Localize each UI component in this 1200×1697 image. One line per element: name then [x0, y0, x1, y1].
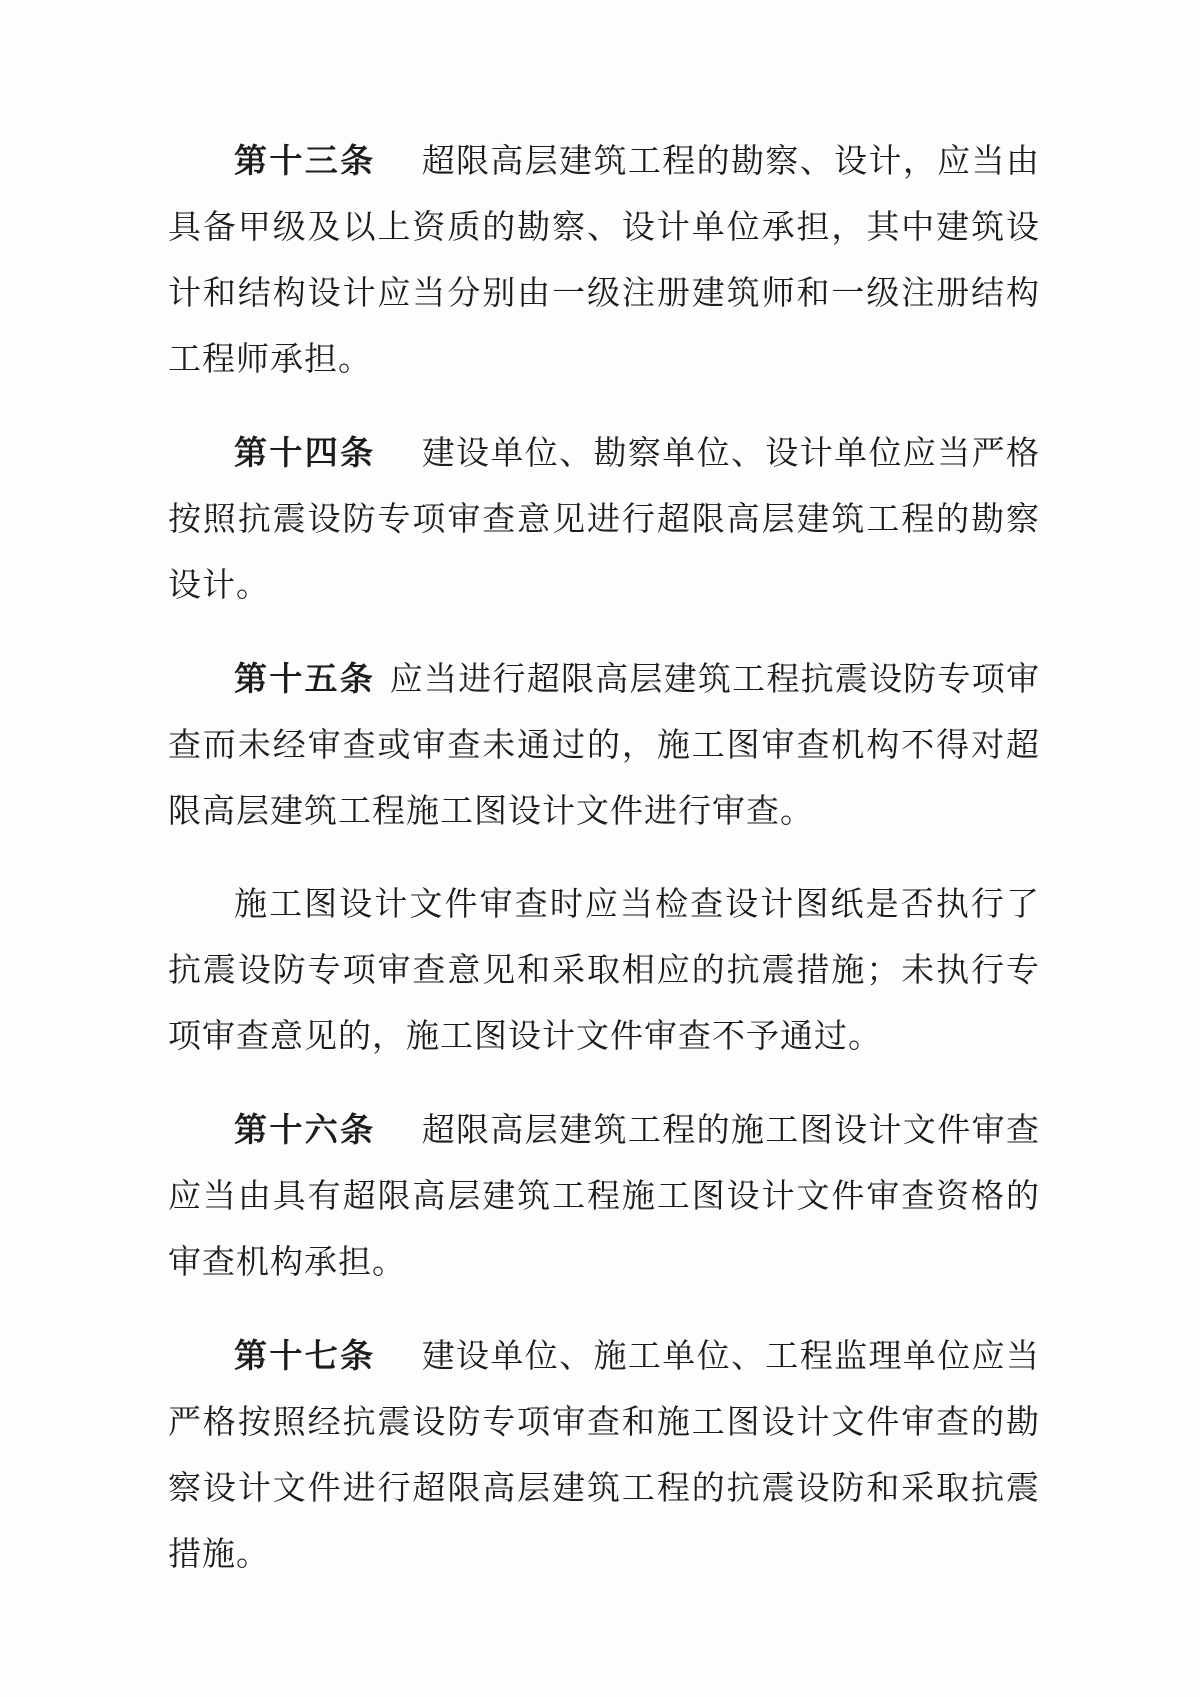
article-15-number: 第十五条 [234, 660, 375, 697]
article-13-text: 超限高层建筑工程的勘察、设计，应当由具备甲级及以上资质的勘察、设计单位承担，其中… [168, 144, 1040, 378]
article-16-number: 第十六条 [234, 1111, 376, 1148]
article-17-paragraph: 第十七条建设单位、施工单位、工程监理单位应当严格按照经抗震设防专项审查和施工图设… [168, 1323, 1040, 1588]
article-15-paragraph: 第十五条应当进行超限高层建筑工程抗震设防专项审查而未经审查或审查未通过的，施工图… [168, 646, 1040, 845]
article-17-text: 建设单位、施工单位、工程监理单位应当严格按照经抗震设防专项审查和施工图设计文件审… [168, 1339, 1040, 1573]
article-15-continuation-text: 施工图设计文件审查时应当检查设计图纸是否执行了抗震设防专项审查意见和采取相应的抗… [168, 887, 1040, 1055]
article-16-paragraph: 第十六条超限高层建筑工程的施工图设计文件审查应当由具有超限高层建筑工程施工图设计… [168, 1097, 1040, 1296]
document-page: 第十三条超限高层建筑工程的勘察、设计，应当由具备甲级及以上资质的勘察、设计单位承… [0, 0, 1200, 1697]
article-14-number: 第十四条 [234, 434, 376, 471]
document-body: 第十三条超限高层建筑工程的勘察、设计，应当由具备甲级及以上资质的勘察、设计单位承… [168, 128, 1040, 1588]
article-13-paragraph: 第十三条超限高层建筑工程的勘察、设计，应当由具备甲级及以上资质的勘察、设计单位承… [168, 128, 1040, 393]
article-14-paragraph: 第十四条建设单位、勘察单位、设计单位应当严格按照抗震设防专项审查意见进行超限高层… [168, 420, 1040, 619]
article-15-continuation-paragraph: 施工图设计文件审查时应当检查设计图纸是否执行了抗震设防专项审查意见和采取相应的抗… [168, 872, 1040, 1070]
article-17-number: 第十七条 [234, 1337, 376, 1374]
article-13-number: 第十三条 [234, 142, 376, 179]
